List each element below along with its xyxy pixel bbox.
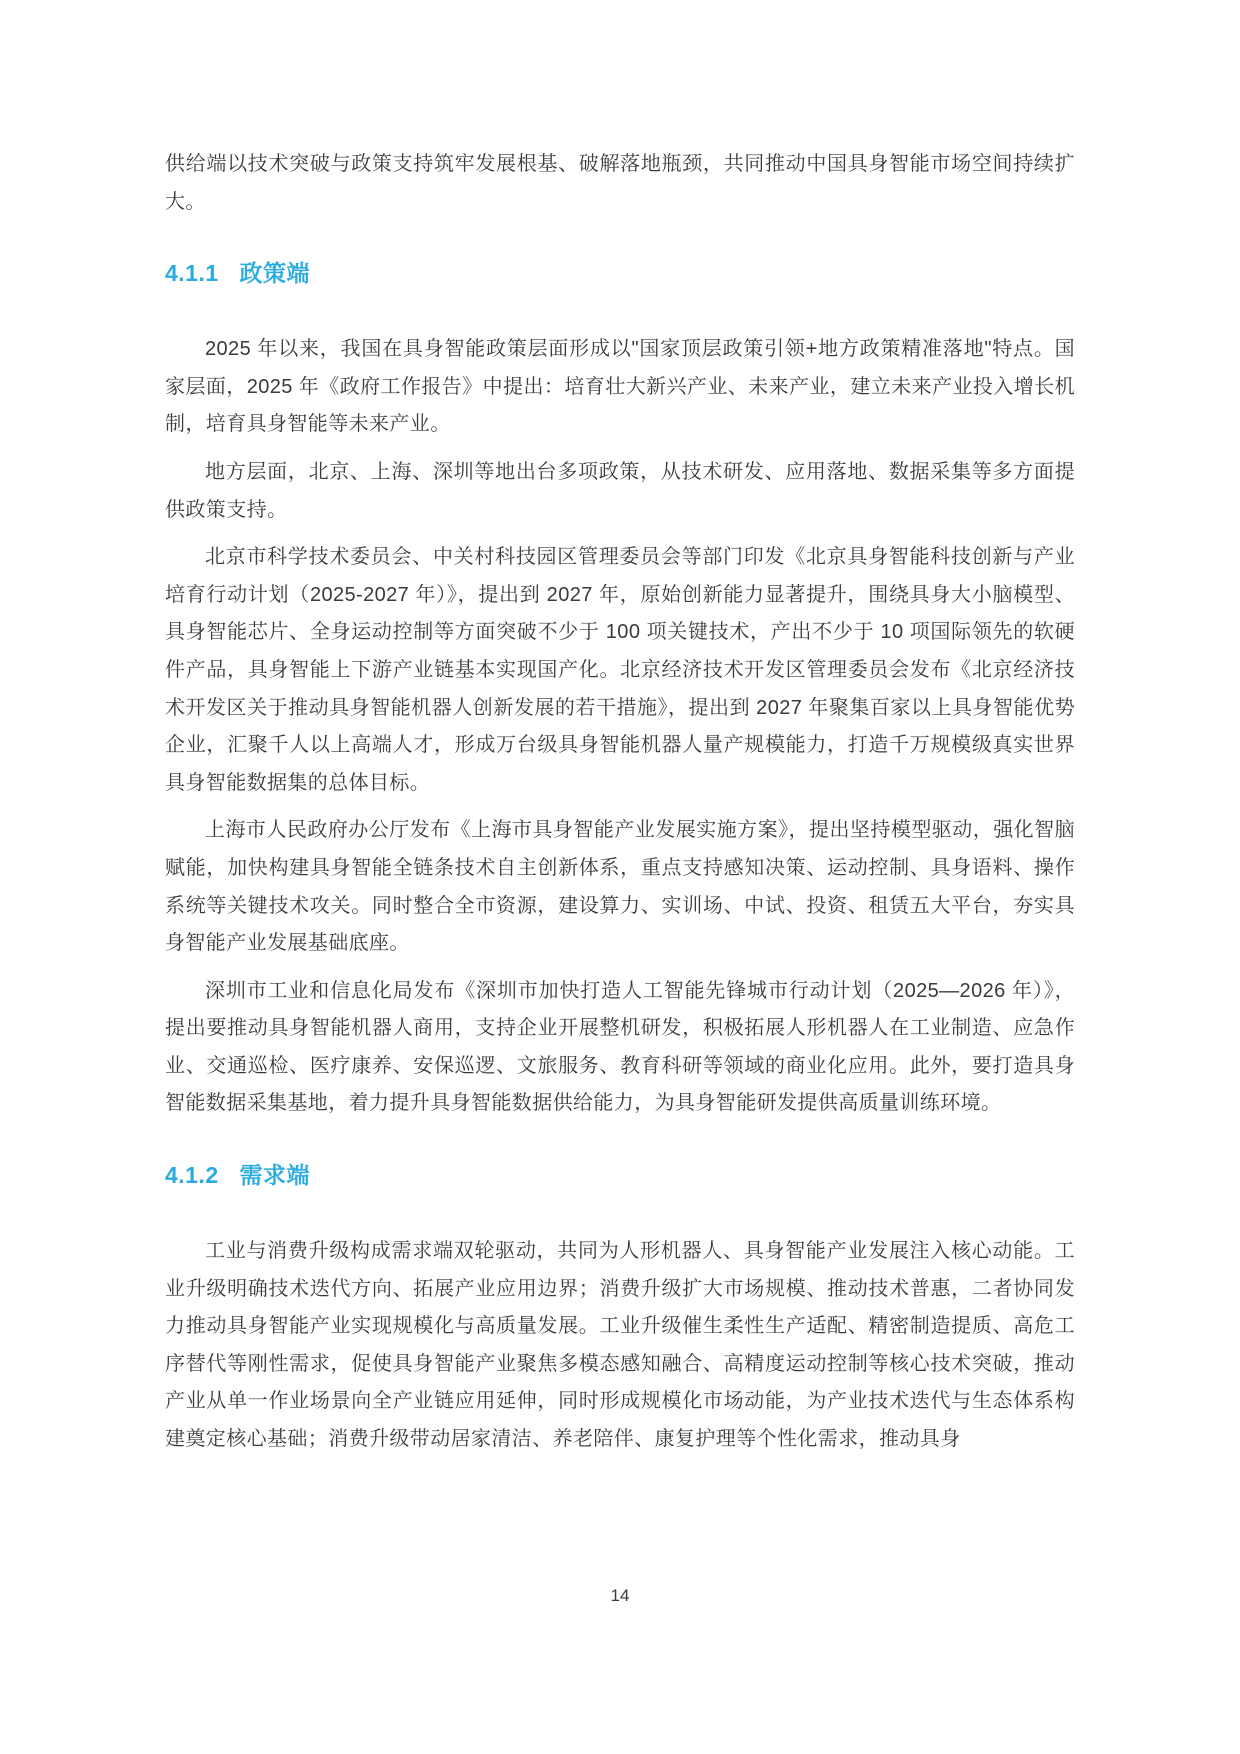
section-number: 4.1.1 [165,260,219,286]
page-footer: 14 [0,1586,1240,1606]
section-title: 政策端 [240,260,311,286]
intro-paragraph: 供给端以技术突破与政策支持筑牢发展根基、破解落地瓶颈，共同推动中国具身智能市场空… [165,146,1075,221]
document-content: 供给端以技术突破与政策支持筑牢发展根基、破解落地瓶颈，共同推动中国具身智能市场空… [0,0,1240,1459]
paragraph-policy-shenzhen: 深圳市工业和信息化局发布《深圳市加快打造人工智能先锋城市行动计划（2025—20… [165,973,1075,1123]
page-number: 14 [611,1586,630,1605]
document-page: 供给端以技术突破与政策支持筑牢发展根基、破解落地瓶颈，共同推动中国具身智能市场空… [0,0,1240,1754]
paragraph-policy-national: 2025 年以来，我国在具身智能政策层面形成以"国家顶层政策引领+地方政策精准落… [165,331,1075,444]
paragraph-policy-local: 地方层面，北京、上海、深圳等地出台多项政策，从技术研发、应用落地、数据采集等多方… [165,454,1075,529]
paragraph-policy-shanghai: 上海市人民政府办公厅发布《上海市具身智能产业发展实施方案》，提出坚持模型驱动，强… [165,812,1075,962]
section-heading-4-1-2: 4.1.2 需求端 [165,1159,1075,1191]
paragraph-demand: 工业与消费升级构成需求端双轮驱动，共同为人形机器人、具身智能产业发展注入核心动能… [165,1233,1075,1459]
section-title: 需求端 [240,1162,311,1188]
section-number: 4.1.2 [165,1162,219,1188]
paragraph-policy-beijing: 北京市科学技术委员会、中关村科技园区管理委员会等部门印发《北京具身智能科技创新与… [165,539,1075,802]
section-heading-4-1-1: 4.1.1 政策端 [165,257,1075,289]
